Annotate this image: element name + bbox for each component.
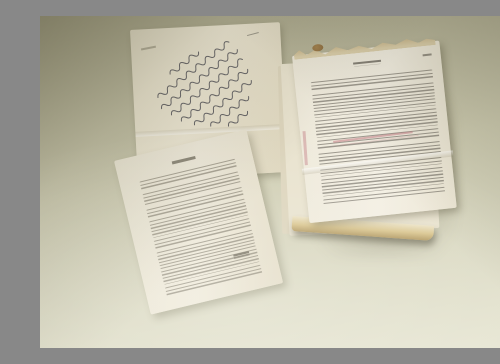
manuscript-pseudo-text [311, 69, 446, 208]
typed-pseudo-text [140, 159, 264, 300]
manuscript-top-page [292, 41, 457, 224]
manuscript-stack [288, 46, 448, 251]
glue-clump [312, 44, 324, 52]
corner-scribble [246, 27, 259, 36]
pencil-mark [141, 46, 156, 51]
red-pencil-margin-mark [303, 131, 308, 165]
photo-scene [40, 16, 500, 348]
manuscript-running-head-mark [353, 60, 381, 65]
typed-title-mark [172, 156, 196, 164]
page-number-mark [423, 53, 432, 56]
